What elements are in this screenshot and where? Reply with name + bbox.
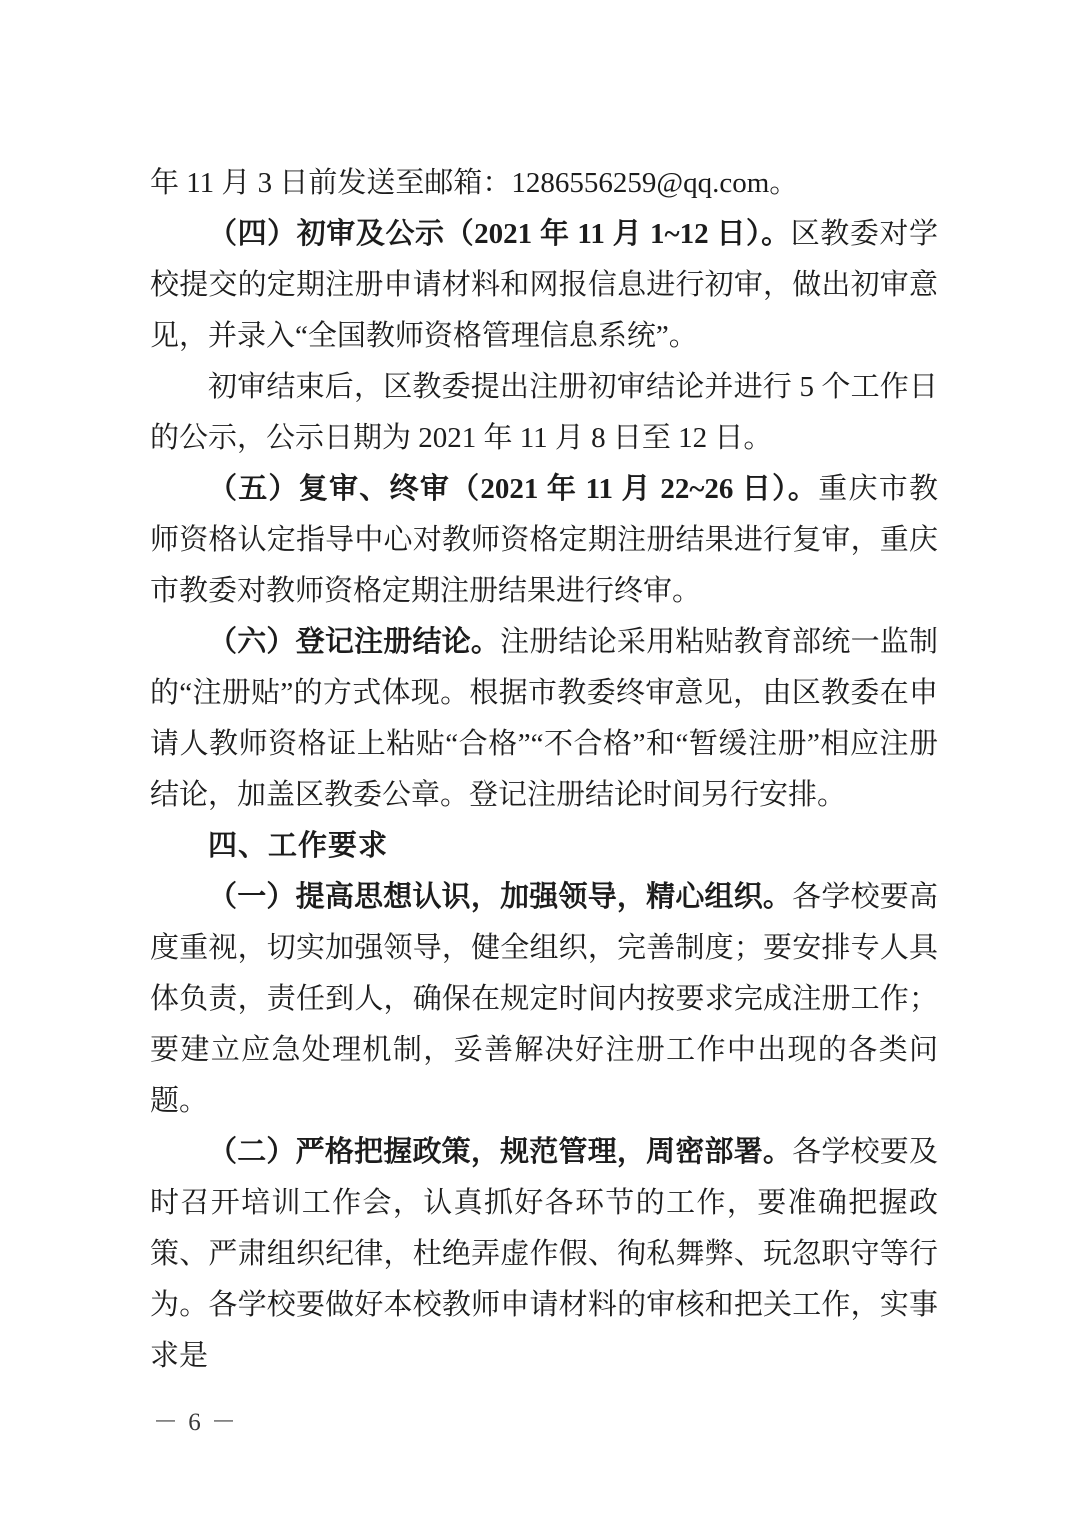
para-email-continuation: 年 11 月 3 日前发送至邮箱：1286556259@qq.com。 xyxy=(150,158,938,209)
para-publicity-period: 初审结束后，区教委提出注册初审结论并进行 5 个工作日的公示，公示日期为 202… xyxy=(150,362,938,464)
document-page: 年 11 月 3 日前发送至邮箱：1286556259@qq.com。 （四）初… xyxy=(0,0,1074,1520)
paragraph-lead: （二）严格把握政策，规范管理，周密部署。 xyxy=(208,1136,792,1168)
para-5-reexamination-final-review: （五）复审、终审（2021 年 11 月 22~26 日）。重庆市教师资格认定指… xyxy=(150,464,938,617)
heading-text: 四、工作要求 xyxy=(208,830,388,862)
section-heading-work-requirements: 四、工作要求 xyxy=(150,821,938,872)
paragraph-lead: （五）复审、终审（2021 年 11 月 22~26 日）。 xyxy=(208,473,818,505)
paragraph-lead: （四）初审及公示（2021 年 11 月 1~12 日）。 xyxy=(208,218,791,250)
para-4-initial-review-publicity: （四）初审及公示（2021 年 11 月 1~12 日）。区教委对学校提交的定期… xyxy=(150,209,938,362)
paragraph-text: 初审结束后，区教委提出注册初审结论并进行 5 个工作日的公示，公示日期为 202… xyxy=(150,371,938,454)
para-6-registration-conclusion: （六）登记注册结论。注册结论采用粘贴教育部统一监制的“注册贴”的方式体现。根据市… xyxy=(150,617,938,821)
paragraph-text: 各学校要及时召开培训工作会，认真抓好各环节的工作，要准确把握政策、严肃组织纪律，… xyxy=(150,1136,938,1372)
para-2-strict-policy: （二）严格把握政策，规范管理，周密部署。各学校要及时召开培训工作会，认真抓好各环… xyxy=(150,1127,938,1382)
paragraph-lead: （一）提高思想认识，加强领导，精心组织。 xyxy=(208,881,792,913)
paragraph-text: 年 11 月 3 日前发送至邮箱：1286556259@qq.com。 xyxy=(150,167,798,199)
page-number: － 6 － xyxy=(153,1406,238,1440)
para-1-raise-awareness: （一）提高思想认识，加强领导，精心组织。各学校要高度重视，切实加强领导，健全组织… xyxy=(150,872,938,1127)
paragraph-text: 各学校要高度重视，切实加强领导，健全组织，完善制度；要安排专人具体负责，责任到人… xyxy=(150,881,938,1117)
document-body: 年 11 月 3 日前发送至邮箱：1286556259@qq.com。 （四）初… xyxy=(150,158,938,1382)
paragraph-lead: （六）登记注册结论。 xyxy=(208,626,500,658)
